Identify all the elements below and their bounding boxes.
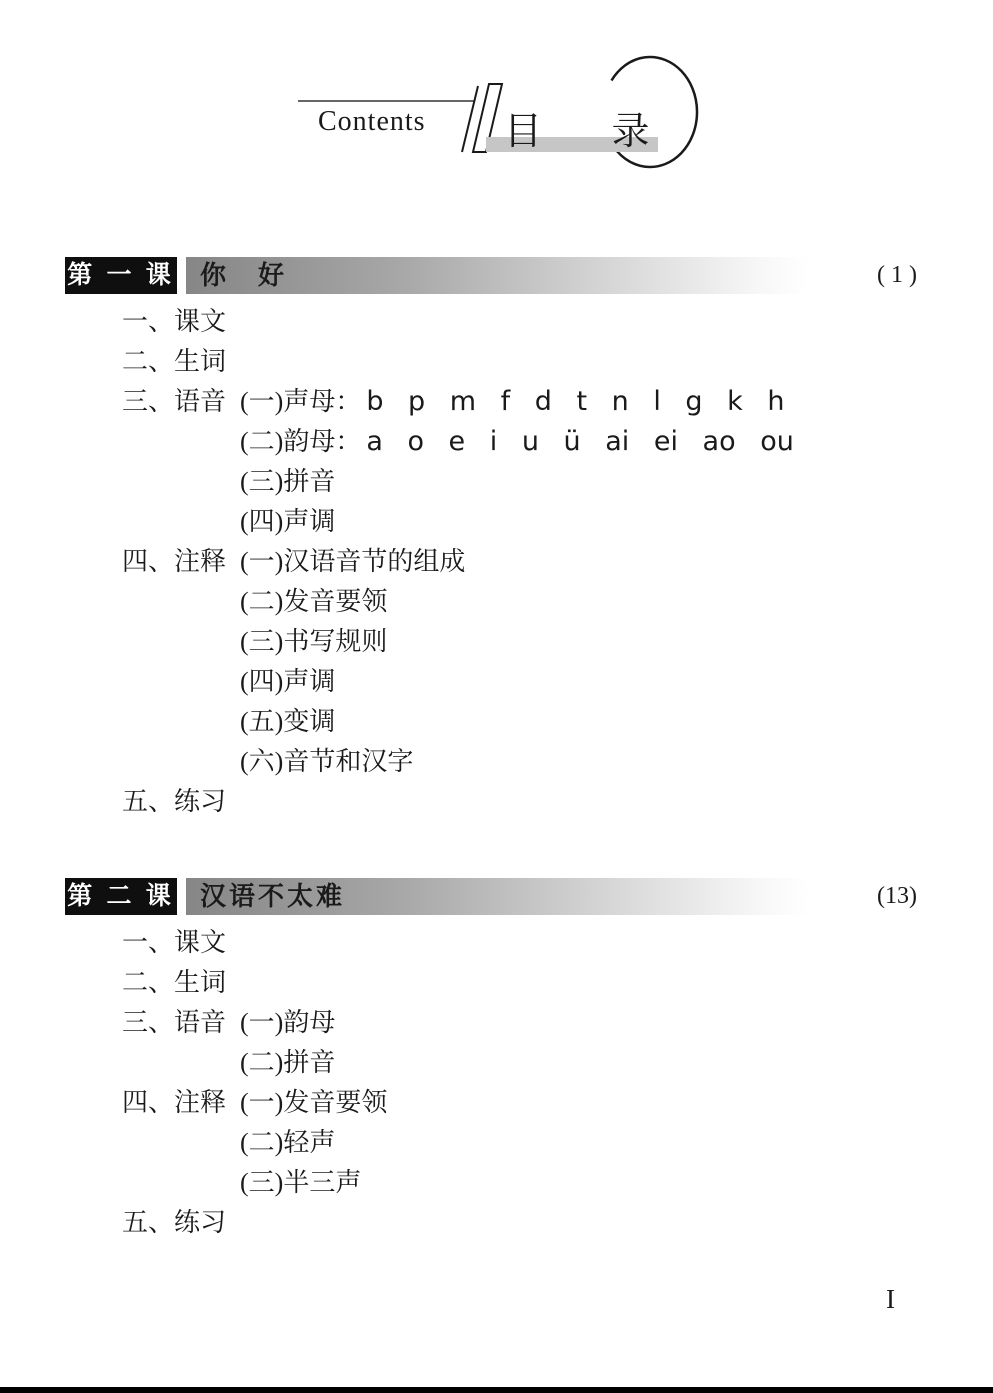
toc-row: (二)发音要领	[122, 582, 993, 622]
toc-section-label: 四、注释	[122, 542, 240, 582]
lesson-2-number-badge: 第 二 课	[65, 878, 177, 915]
lesson-2-page-number: (13)	[809, 878, 917, 915]
toc-page: Contents 目 录 第 一 课 你 好 ( 1 ) 一、课文 二、生词 三…	[0, 0, 993, 1393]
toc-pinyin: b p m f d t n l g k h	[366, 382, 784, 422]
toc-row: 三、语音 (一)声母： b p m f d t n l g k h	[122, 382, 993, 422]
toc-section-label	[122, 702, 240, 742]
toc-row: (四)声调	[122, 502, 993, 542]
contents-title-en: Contents	[318, 106, 426, 138]
lesson-2-header: 第 二 课 汉语不太难 (13)	[65, 878, 917, 915]
toc-detail: (一)汉语音节的组成	[240, 542, 465, 582]
toc-section-label	[122, 662, 240, 702]
toc-section-label	[122, 462, 240, 502]
toc-detail: (三)半三声	[240, 1163, 361, 1203]
toc-detail: (一)声母：	[240, 382, 361, 422]
toc-row: (二)轻声	[122, 1123, 993, 1163]
lesson-1-number-badge: 第 一 课	[65, 257, 177, 294]
lesson-2-section: 第 二 课 汉语不太难 (13) 一、课文 二、生词 三、语音 (一)韵母	[0, 878, 993, 1243]
toc-detail: (六)音节和汉字	[240, 742, 413, 782]
toc-row: (三)拼音	[122, 462, 993, 502]
toc-detail: (三)书写规则	[240, 622, 387, 662]
toc-section-label: 五、练习	[122, 1203, 240, 1243]
toc-section-label: 一、课文	[122, 302, 240, 342]
toc-detail: (二)轻声	[240, 1123, 335, 1163]
lesson-2-toc-rows: 一、课文 二、生词 三、语音 (一)韵母 (二)拼音 四、注释 (	[122, 923, 993, 1243]
toc-section-label	[122, 422, 240, 462]
toc-section-label	[122, 1163, 240, 1203]
slash-thin-line	[462, 86, 478, 152]
toc-detail: (一)韵母	[240, 1003, 335, 1043]
toc-row: (五)变调	[122, 702, 993, 742]
toc-section-label: 二、生词	[122, 342, 240, 382]
toc-row: (三)半三声	[122, 1163, 993, 1203]
toc-row: 四、注释 (一)发音要领	[122, 1083, 993, 1123]
toc-detail: (二)拼音	[240, 1043, 335, 1083]
toc-row: (二)韵母： a o e i u ü ai ei ao ou	[122, 422, 993, 462]
toc-section-label	[122, 582, 240, 622]
lesson-2-title-bar: 汉语不太难	[186, 878, 809, 915]
toc-row: (二)拼音	[122, 1043, 993, 1083]
toc-row: 二、生词	[122, 963, 993, 1003]
toc-section-label: 三、语音	[122, 382, 240, 422]
lesson-1-title-bar: 你 好	[186, 257, 809, 294]
toc-detail: (五)变调	[240, 702, 335, 742]
toc-section-label: 三、语音	[122, 1003, 240, 1043]
lesson-1-toc-rows: 一、课文 二、生词 三、语音 (一)声母： b p m f d t n l g …	[122, 302, 993, 822]
lesson-1-section: 第 一 课 你 好 ( 1 ) 一、课文 二、生词 三、语音 (一)声母： b …	[0, 257, 993, 822]
toc-section-label	[122, 622, 240, 662]
toc-section-label: 四、注释	[122, 1083, 240, 1123]
toc-row: 一、课文	[122, 302, 993, 342]
toc-section-label	[122, 742, 240, 782]
toc-detail: (二)发音要领	[240, 582, 387, 622]
toc-section-label	[122, 1123, 240, 1163]
toc-section-label: 五、练习	[122, 782, 240, 822]
toc-section-label: 一、课文	[122, 923, 240, 963]
toc-row: 三、语音 (一)韵母	[122, 1003, 993, 1043]
lesson-1-page-number: ( 1 )	[809, 257, 917, 294]
toc-section-label	[122, 502, 240, 542]
toc-row: 一、课文	[122, 923, 993, 963]
page-number-roman: I	[886, 1284, 895, 1315]
contents-title-cn: 目 录	[504, 100, 680, 155]
toc-detail: (二)韵母：	[240, 422, 361, 462]
toc-detail: (三)拼音	[240, 462, 335, 502]
toc-row: 四、注释 (一)汉语音节的组成	[122, 542, 993, 582]
toc-detail: (一)发音要领	[240, 1083, 387, 1123]
toc-row: (六)音节和汉字	[122, 742, 993, 782]
toc-row: 五、练习	[122, 1203, 993, 1243]
lesson-1-header: 第 一 课 你 好 ( 1 )	[65, 257, 917, 294]
toc-detail: (四)声调	[240, 662, 335, 702]
toc-row: (三)书写规则	[122, 622, 993, 662]
header-decoration	[0, 0, 993, 240]
toc-row: (四)声调	[122, 662, 993, 702]
toc-pinyin: a o e i u ü ai ei ao ou	[366, 422, 794, 462]
toc-row: 二、生词	[122, 342, 993, 382]
toc-section-label: 二、生词	[122, 963, 240, 1003]
toc-detail: (四)声调	[240, 502, 335, 542]
toc-section-label	[122, 1043, 240, 1083]
page-bottom-rule	[0, 1387, 993, 1393]
toc-row: 五、练习	[122, 782, 993, 822]
